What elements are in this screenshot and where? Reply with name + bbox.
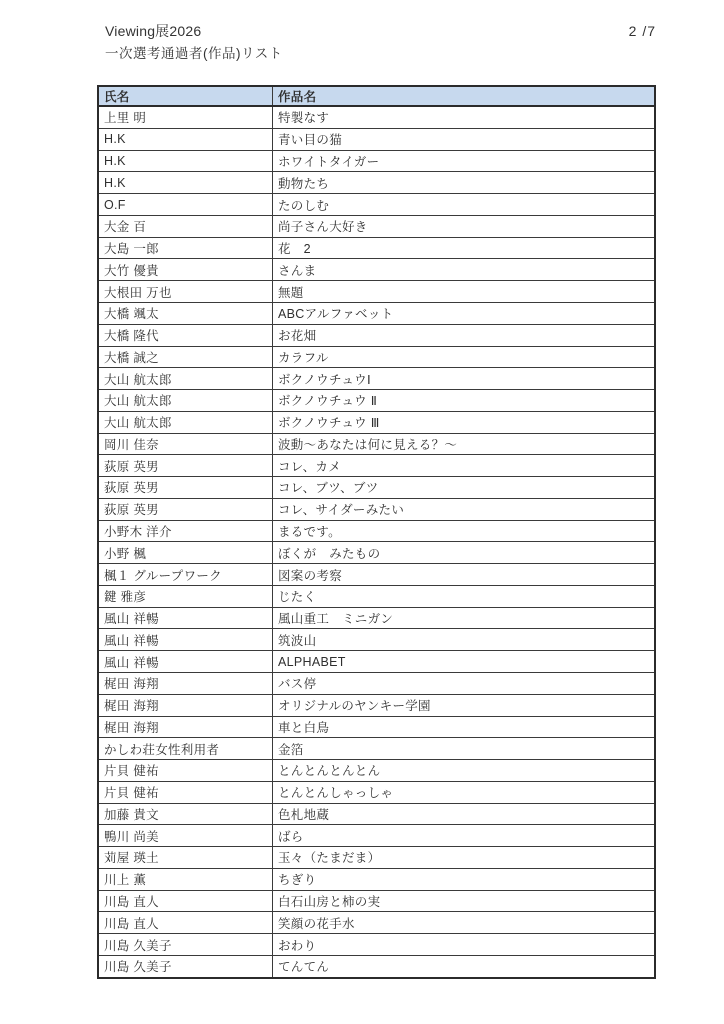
work-cell: 風山重工 ミニガン xyxy=(273,607,656,629)
table-row: 大山 航太郎ボクノウチュウⅠ xyxy=(98,368,655,390)
name-cell: O.F xyxy=(98,194,273,216)
table-row: 鍵 雅彦じたく xyxy=(98,585,655,607)
work-cell: ボクノウチュウ Ⅱ xyxy=(273,390,656,412)
table-row: 風山 祥暢筑波山 xyxy=(98,629,655,651)
name-cell: 鍵 雅彦 xyxy=(98,585,273,607)
work-cell: とんとんしゃっしゃ xyxy=(273,781,656,803)
name-cell: 加藤 貴文 xyxy=(98,803,273,825)
work-cell: 図案の考察 xyxy=(273,564,656,586)
name-cell: 大橋 隆代 xyxy=(98,324,273,346)
name-cell: 川島 久美子 xyxy=(98,955,273,978)
table-header-row: 氏名 作品名 xyxy=(98,86,655,106)
document-title: Viewing展2026 xyxy=(105,22,201,40)
table-row: 大山 航太郎ボクノウチュウ Ⅲ xyxy=(98,411,655,433)
name-cell: H.K xyxy=(98,150,273,172)
table-row: 加藤 貴文色札地蔵 xyxy=(98,803,655,825)
work-cell: 特製なす xyxy=(273,106,656,128)
table-row: H.Kホワイトタイガー xyxy=(98,150,655,172)
work-cell: とんとんとんとん xyxy=(273,760,656,782)
table-row: 苅屋 瑛土玉々（たまだま） xyxy=(98,847,655,869)
name-cell: 苅屋 瑛土 xyxy=(98,847,273,869)
table-row: 梶田 海翔車と白鳥 xyxy=(98,716,655,738)
table-row: 梶田 海翔バス停 xyxy=(98,672,655,694)
name-cell: H.K xyxy=(98,128,273,150)
name-cell: 上里 明 xyxy=(98,106,273,128)
work-cell: おわり xyxy=(273,934,656,956)
work-cell: 車と白鳥 xyxy=(273,716,656,738)
passed-works-table: 氏名 作品名 上里 明特製なすH.K青い目の猫H.KホワイトタイガーH.K動物た… xyxy=(97,85,656,979)
table-row: 片貝 健祐とんとんとんとん xyxy=(98,760,655,782)
work-cell: 色札地蔵 xyxy=(273,803,656,825)
work-cell: 動物たち xyxy=(273,172,656,194)
table-row: 岡川 佳奈波動〜あなたは何に見える？〜 xyxy=(98,433,655,455)
work-cell: 玉々（たまだま） xyxy=(273,847,656,869)
work-cell: 花 2 xyxy=(273,237,656,259)
name-cell: 川島 直人 xyxy=(98,912,273,934)
name-cell: 大橋 誠之 xyxy=(98,346,273,368)
work-cell: ホワイトタイガー xyxy=(273,150,656,172)
table-row: 小野 楓ぼくが みたもの xyxy=(98,542,655,564)
work-cell: たのしむ xyxy=(273,194,656,216)
name-cell: 大根田 万也 xyxy=(98,281,273,303)
table-row: 大金 百尚子さん大好き xyxy=(98,215,655,237)
document-header: Viewing展2026 2 /7 一次選考通過者(作品)リスト xyxy=(105,22,656,63)
work-cell: ボクノウチュウ Ⅲ xyxy=(273,411,656,433)
name-cell: 風山 祥暢 xyxy=(98,607,273,629)
work-cell: まるです。 xyxy=(273,520,656,542)
name-cell: 川上 薫 xyxy=(98,868,273,890)
table-row: 大橋 颯太ABCアルファベット xyxy=(98,302,655,324)
table-row: H.K青い目の猫 xyxy=(98,128,655,150)
name-cell: 川島 久美子 xyxy=(98,934,273,956)
work-cell: オリジナルのヤンキー学園 xyxy=(273,694,656,716)
name-cell: 小野木 洋介 xyxy=(98,520,273,542)
column-header-name: 氏名 xyxy=(98,86,273,106)
name-cell: 大山 航太郎 xyxy=(98,411,273,433)
table-row: 大根田 万也無題 xyxy=(98,281,655,303)
table-row: 楓１ グループワーク図案の考察 xyxy=(98,564,655,586)
work-cell: 無題 xyxy=(273,281,656,303)
work-cell: コレ、カメ xyxy=(273,455,656,477)
name-cell: 片貝 健祐 xyxy=(98,760,273,782)
table-row: 川島 直人白石山房と柿の実 xyxy=(98,890,655,912)
name-cell: 鴨川 尚美 xyxy=(98,825,273,847)
name-cell: 大橋 颯太 xyxy=(98,302,273,324)
table-row: 大橋 隆代お花畑 xyxy=(98,324,655,346)
name-cell: 大竹 優貴 xyxy=(98,259,273,281)
table-row: 片貝 健祐とんとんしゃっしゃ xyxy=(98,781,655,803)
table-row: かしわ荘女性利用者金箔 xyxy=(98,738,655,760)
table-row: 風山 祥暢ALPHABET xyxy=(98,651,655,673)
table-row: 上里 明特製なす xyxy=(98,106,655,128)
work-cell: 筑波山 xyxy=(273,629,656,651)
name-cell: 川島 直人 xyxy=(98,890,273,912)
work-cell: ABCアルファベット xyxy=(273,302,656,324)
work-cell: ALPHABET xyxy=(273,651,656,673)
name-cell: 荻原 英男 xyxy=(98,455,273,477)
name-cell: 大山 航太郎 xyxy=(98,368,273,390)
work-cell: コレ、ブツ、ブツ xyxy=(273,477,656,499)
work-cell: さんま xyxy=(273,259,656,281)
name-cell: 荻原 英男 xyxy=(98,477,273,499)
name-cell: 荻原 英男 xyxy=(98,498,273,520)
document-subtitle: 一次選考通過者(作品)リスト xyxy=(105,45,656,63)
table-row: 梶田 海翔オリジナルのヤンキー学園 xyxy=(98,694,655,716)
table-row: 川上 薫ちぎり xyxy=(98,868,655,890)
name-cell: かしわ荘女性利用者 xyxy=(98,738,273,760)
name-cell: 梶田 海翔 xyxy=(98,694,273,716)
table-row: O.Fたのしむ xyxy=(98,194,655,216)
work-cell: ボクノウチュウⅠ xyxy=(273,368,656,390)
name-cell: 大金 百 xyxy=(98,215,273,237)
table-row: 鴨川 尚美ばら xyxy=(98,825,655,847)
name-cell: 風山 祥暢 xyxy=(98,629,273,651)
work-cell: てんてん xyxy=(273,955,656,978)
work-cell: ぼくが みたもの xyxy=(273,542,656,564)
table-row: 大島 一郎花 2 xyxy=(98,237,655,259)
name-cell: 片貝 健祐 xyxy=(98,781,273,803)
table-row: 荻原 英男コレ、サイダーみたい xyxy=(98,498,655,520)
column-header-work: 作品名 xyxy=(273,86,656,106)
table-row: 荻原 英男コレ、ブツ、ブツ xyxy=(98,477,655,499)
work-cell: 波動〜あなたは何に見える？〜 xyxy=(273,433,656,455)
table-row: 小野木 洋介まるです。 xyxy=(98,520,655,542)
table-row: 風山 祥暢風山重工 ミニガン xyxy=(98,607,655,629)
work-cell: ちぎり xyxy=(273,868,656,890)
table-row: 荻原 英男コレ、カメ xyxy=(98,455,655,477)
table-row: 川島 直人笑顔の花手水 xyxy=(98,912,655,934)
page-number: 2 /7 xyxy=(629,23,656,39)
name-cell: H.K xyxy=(98,172,273,194)
name-cell: 大山 航太郎 xyxy=(98,390,273,412)
name-cell: 楓１ グループワーク xyxy=(98,564,273,586)
table-row: 川島 久美子おわり xyxy=(98,934,655,956)
name-cell: 風山 祥暢 xyxy=(98,651,273,673)
work-cell: 白石山房と柿の実 xyxy=(273,890,656,912)
work-cell: カラフル xyxy=(273,346,656,368)
work-cell: 金箔 xyxy=(273,738,656,760)
work-cell: じたく xyxy=(273,585,656,607)
table-row: H.K動物たち xyxy=(98,172,655,194)
work-cell: 青い目の猫 xyxy=(273,128,656,150)
name-cell: 梶田 海翔 xyxy=(98,716,273,738)
name-cell: 梶田 海翔 xyxy=(98,672,273,694)
table-row: 大橋 誠之カラフル xyxy=(98,346,655,368)
work-cell: お花畑 xyxy=(273,324,656,346)
name-cell: 小野 楓 xyxy=(98,542,273,564)
table-row: 大竹 優貴さんま xyxy=(98,259,655,281)
name-cell: 岡川 佳奈 xyxy=(98,433,273,455)
table-row: 大山 航太郎ボクノウチュウ Ⅱ xyxy=(98,390,655,412)
name-cell: 大島 一郎 xyxy=(98,237,273,259)
work-cell: バス停 xyxy=(273,672,656,694)
work-cell: ばら xyxy=(273,825,656,847)
work-cell: 尚子さん大好き xyxy=(273,215,656,237)
work-cell: 笑顔の花手水 xyxy=(273,912,656,934)
document-page: { "page": { "title": "Viewing展2026", "pa… xyxy=(0,0,724,1024)
table-row: 川島 久美子てんてん xyxy=(98,955,655,978)
work-cell: コレ、サイダーみたい xyxy=(273,498,656,520)
